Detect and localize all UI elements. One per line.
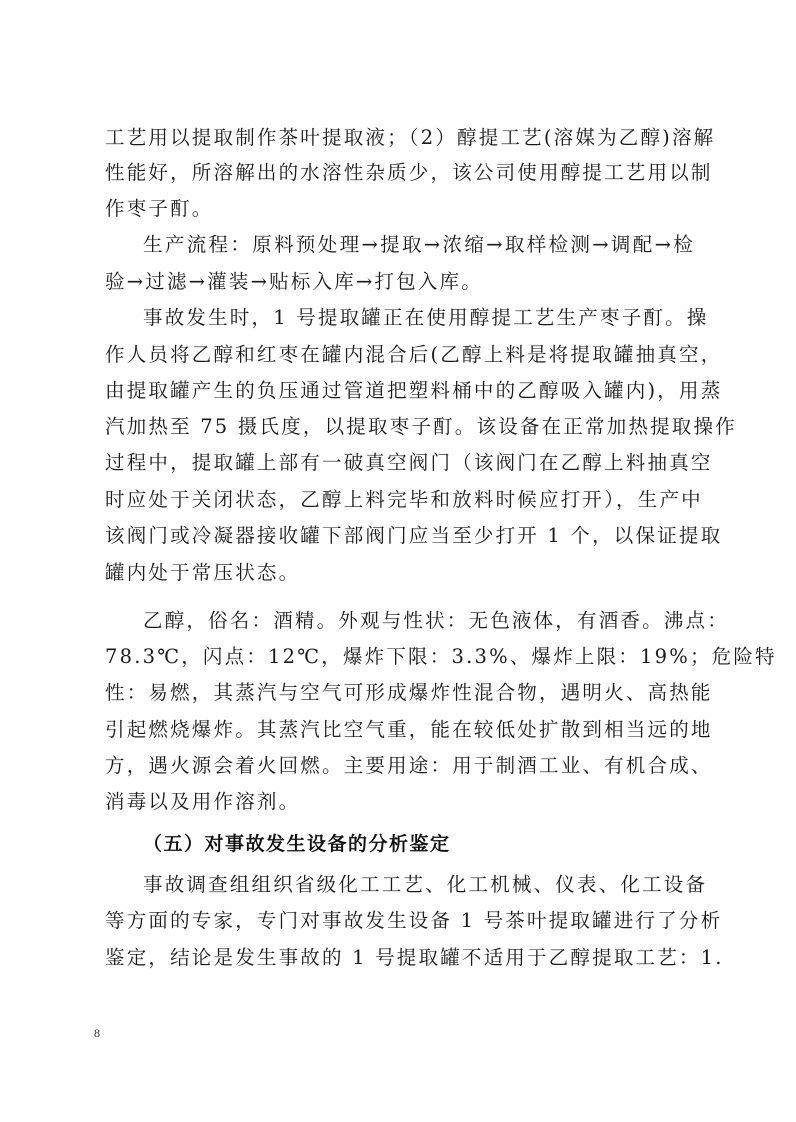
paragraph-line: 乙醇，俗名：酒精。外观与性状：无色液体，有酒香。沸点： (143, 609, 695, 633)
paragraph-line: 生产流程：原料预处理→提取→浓缩→取样检测→调配→检 (143, 233, 695, 257)
paragraph-line: 作枣子酊。 (105, 197, 695, 221)
paragraph-line: 方，遇火源会着火回燃。主要用途：用于制酒工业、有机合成、 (105, 754, 695, 778)
paragraph-line: 事故调查组组织省级化工工艺、化工机械、仪表、化工设备 (143, 873, 695, 897)
page-number: 8 (94, 1026, 100, 1041)
paragraph-line: 作人员将乙醇和红枣在罐内混合后(乙醇上料是将提取罐抽真空， (105, 343, 695, 367)
paragraph-line: 引起燃烧爆炸。其蒸汽比空气重，能在较低处扩散到相当远的地 (105, 718, 695, 742)
paragraph-line: 工艺用以提取制作茶叶提取液；（2）醇提工艺(溶媒为乙醇)溶解 (105, 126, 695, 150)
paragraph-line: 78.3℃，闪点：12℃，爆炸下限：3.3%、爆炸上限：19%；危险特 (105, 645, 695, 669)
paragraph-line: 验→过滤→灌装→贴标入库→打包入库。 (105, 270, 695, 294)
paragraph-line: 罐内处于常压状态。 (105, 561, 695, 585)
paragraph-line: 消毒以及用作溶剂。 (105, 790, 695, 814)
paragraph-line: 鉴定，结论是发生事故的 1 号提取罐不适用于乙醇提取工艺：1. (105, 946, 695, 970)
paragraph-line: 由提取罐产生的负压通过管道把塑料桶中的乙醇吸入罐内)，用蒸 (105, 379, 695, 403)
paragraph-line: 性：易燃，其蒸汽与空气可形成爆炸性混合物，遇明火、高热能 (105, 681, 695, 705)
document-page: 工艺用以提取制作茶叶提取液；（2）醇提工艺(溶媒为乙醇)溶解 性能好，所溶解出的… (0, 0, 796, 1122)
paragraph-line: 等方面的专家，专门对事故发生设备 1 号茶叶提取罐进行了分析 (105, 909, 695, 933)
section-heading: （五）对事故发生设备的分析鉴定 (143, 832, 451, 856)
paragraph-line: 汽加热至 75 摄氏度，以提取枣子酊。该设备在正常加热提取操作 (105, 415, 695, 439)
paragraph-line: 时应处于关闭状态，乙醇上料完毕和放料时候应打开），生产中 (105, 488, 695, 512)
paragraph-line: 该阀门或冷凝器接收罐下部阀门应当至少打开 1 个，以保证提取 (105, 524, 695, 548)
paragraph-line: 事故发生时，1 号提取罐正在使用醇提工艺生产枣子酊。操 (143, 306, 695, 330)
paragraph-line: 过程中，提取罐上部有一破真空阀门（该阀门在乙醇上料抽真空 (105, 451, 695, 475)
paragraph-line: 性能好，所溶解出的水溶性杂质少，该公司使用醇提工艺用以制 (105, 161, 695, 185)
